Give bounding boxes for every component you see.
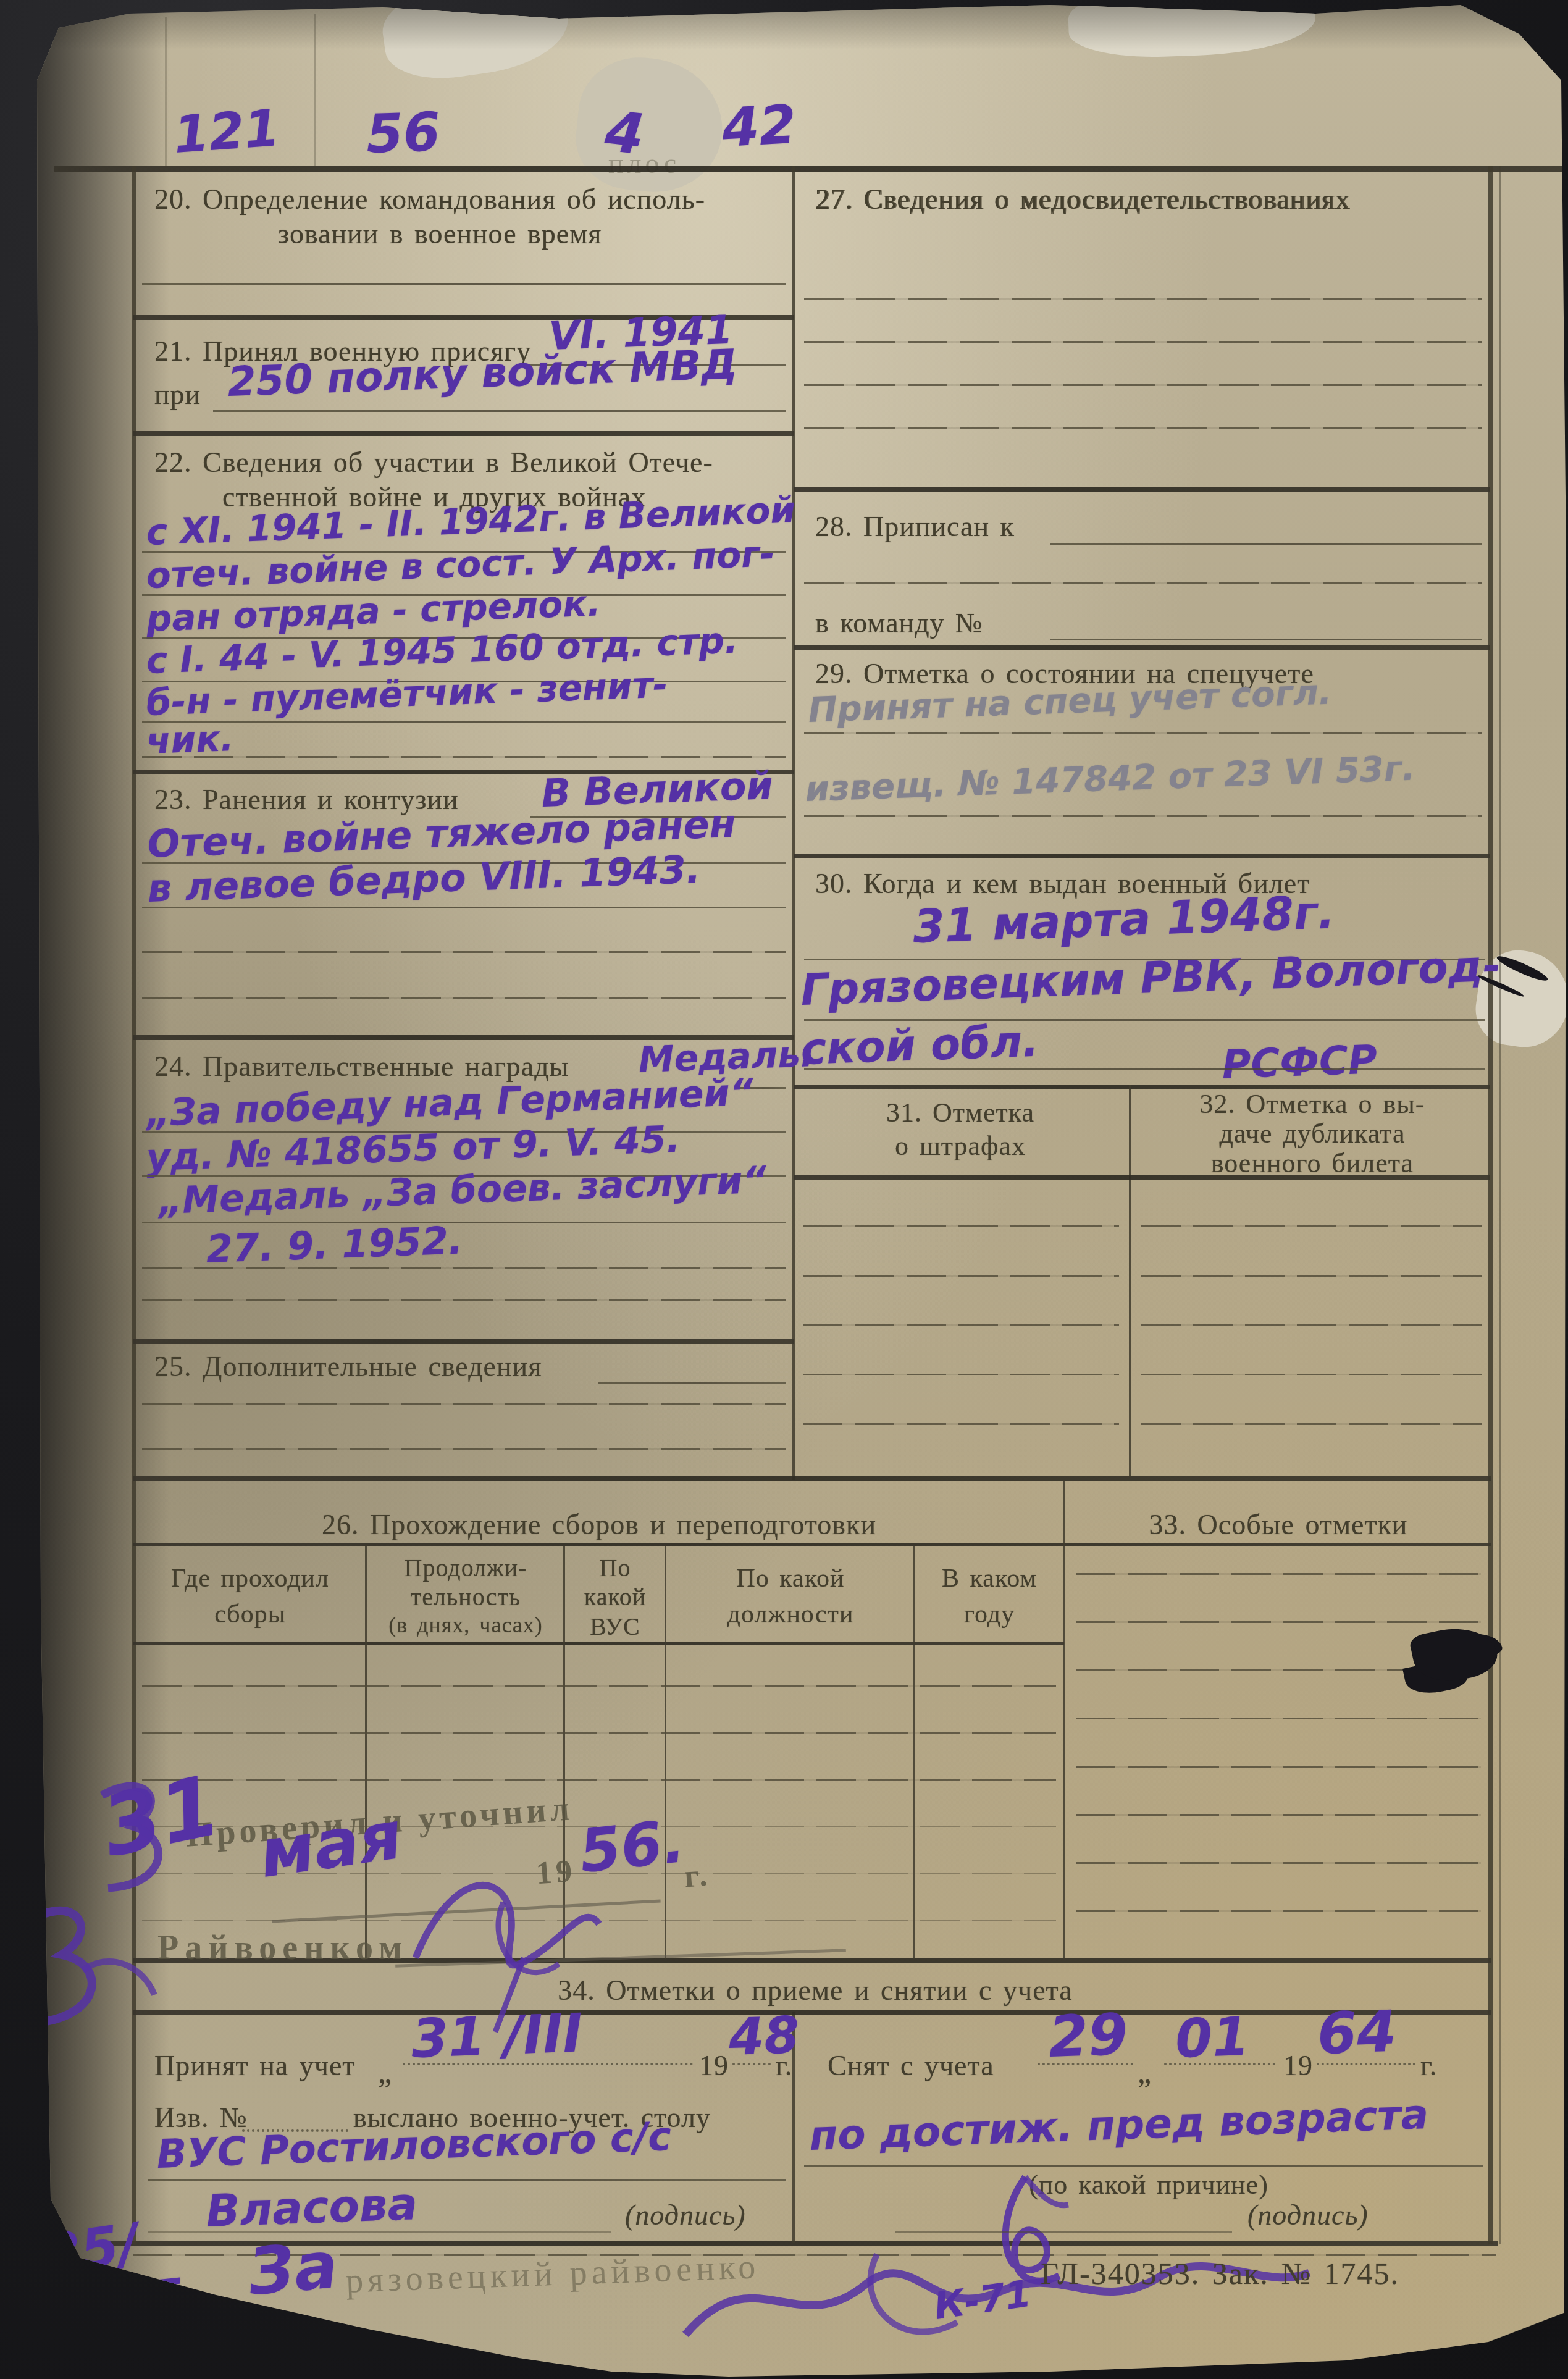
verified-stamp-year-post: г.: [683, 1857, 712, 1895]
ruled-line: [142, 721, 786, 723]
field-25-title: 25. Дополнительные сведения: [154, 1350, 542, 1383]
ruled-line: [142, 756, 786, 758]
dotted-leader: [1164, 2063, 1275, 2065]
field-26-number: 26.: [322, 1509, 359, 1540]
ruled-line: [142, 283, 786, 285]
ruled-line: [804, 341, 1482, 343]
removed-day-handwriting: 29: [1047, 2002, 1129, 2070]
table-col-header: сборы: [139, 1600, 361, 1629]
ruled-line: [148, 2179, 786, 2181]
removed-month-handwriting: 01: [1175, 2006, 1251, 2070]
field-21-number: 21.: [154, 335, 192, 367]
table-column-line: [665, 1546, 666, 1959]
ruled-line: [142, 997, 786, 999]
field-33-title: 33. Особые отметки: [1075, 1508, 1482, 1541]
signature-scribble: [667, 2217, 1322, 2372]
ruled-line: [804, 427, 1482, 429]
ruled-line: [804, 582, 1482, 584]
field-26-label: Прохождение сборов и переподготовки: [370, 1509, 876, 1540]
top-handwritten-number: 56: [366, 101, 442, 166]
table-col-header: году: [919, 1600, 1060, 1629]
field-30-handwriting: ской обл.: [800, 1016, 1039, 1075]
ruled-line: [804, 384, 1482, 386]
field-30-number: 30.: [815, 868, 853, 899]
registered-year-post: г.: [776, 2049, 792, 2082]
ruled-line: [804, 2165, 1483, 2167]
quote-mark: „: [378, 2054, 392, 2090]
field-31-label: Отметка: [933, 1097, 1034, 1128]
field-25-number: 25.: [154, 1351, 192, 1382]
form-border-right-outer: [1499, 166, 1501, 2244]
print-code-footer: ГЛ-340353. Зак. № 1745.: [1041, 2255, 1399, 2291]
field-30-handwriting: Грязовецким РВК, Вологод-: [800, 940, 1501, 1015]
table-column-line: [1063, 1480, 1065, 1959]
field-20-label-line2: зовании в военное время: [278, 217, 602, 250]
ruled-line: [1050, 543, 1482, 545]
section-divider: [794, 1175, 1490, 1180]
table-col-header: какой: [567, 1582, 663, 1611]
field-24-title: 24. Правительственные награды: [154, 1050, 569, 1083]
removed-year-pre: 19: [1283, 2049, 1313, 2082]
top-handwritten-number: 42: [721, 94, 798, 159]
dotted-leader: [1317, 2063, 1415, 2065]
scanned-military-card: 121 56 плос 4 42 20. Определение командо…: [0, 0, 1568, 2379]
notes-row-line: [1076, 1766, 1481, 1768]
ruled-line: [803, 1324, 1119, 1326]
field-20-title: 20. Определение командования об исполь-: [154, 183, 705, 216]
top-handwritten-number: 121: [172, 99, 281, 165]
notes-row-line: [1076, 1621, 1481, 1623]
field-22-number: 22.: [154, 447, 192, 478]
dotted-leader: [1038, 2063, 1133, 2065]
field-22-title: 22. Сведения об участии в Великой Отече-: [154, 446, 713, 479]
field-23-title: 23. Ранения и контузии: [154, 783, 459, 816]
field-27-title: 27. Сведения о медосвидетельствованиях: [815, 183, 1350, 216]
ruled-line: [803, 1225, 1119, 1227]
table-row-line: [142, 1732, 1056, 1734]
field-31-number: 31.: [886, 1097, 922, 1128]
field-27-label: Сведения о медосвидетельствованиях: [863, 183, 1350, 215]
section-divider: [133, 431, 794, 436]
field-34-number: 34.: [558, 1974, 595, 2006]
section-divider: [794, 854, 1490, 858]
dotted-leader: [403, 2063, 693, 2065]
table-column-line: [913, 1546, 915, 1959]
field-32-title: 32. Отметка о вы-: [1139, 1088, 1485, 1120]
notes-row-line: [1076, 1862, 1481, 1864]
field-28-label: Приписан к: [863, 511, 1015, 542]
ruled-line: [1141, 1275, 1482, 1277]
field-28-title: 28. Приписан к: [815, 510, 1015, 543]
field-34-title: 34. Отметки о приеме и снятии с учета: [432, 1974, 1198, 2007]
ruled-line: [142, 1403, 786, 1405]
field-31-title: 31. Отметка: [803, 1097, 1118, 1128]
table-col-header: Где проходил: [139, 1564, 361, 1593]
field-20-number: 20.: [154, 183, 192, 215]
verified-stamp-line2: Райвоенком: [157, 1928, 408, 1968]
removal-reason-handwriting: по достиж. пред возраста: [808, 2091, 1429, 2160]
ruled-line: [213, 410, 786, 412]
ruled-line: [1141, 1374, 1482, 1375]
field-24-number: 24.: [154, 1051, 192, 1082]
margin-scribble: [86, 1774, 179, 1897]
ruled-line: [803, 1275, 1119, 1277]
registered-day-handwriting: 31 /III: [411, 2002, 584, 2070]
clerk-name-handwriting: Власова: [205, 2178, 418, 2237]
notes-row-line: [1076, 1910, 1481, 1912]
ruled-line: [804, 732, 1482, 734]
form-border-top: [54, 166, 1564, 172]
field-24-handwriting: 27. 9. 1952.: [205, 1218, 463, 1272]
table-col-header: По какой: [670, 1564, 911, 1593]
ruled-line: [142, 1222, 786, 1223]
field-29-number: 29.: [815, 658, 853, 689]
removed-year-handwriting: 64: [1316, 1999, 1398, 2067]
column-divider: [792, 166, 795, 1480]
quote-mark: „: [1138, 2054, 1152, 2090]
field-32-number: 32.: [1200, 1089, 1236, 1119]
field-28-label2: в команду №: [815, 606, 983, 639]
field-20-label: Определение командования об исполь-: [203, 183, 705, 215]
top-edge-shadow: [0, 0, 1568, 49]
paper-sheet: 121 56 плос 4 42 20. Определение командо…: [0, 0, 1568, 2379]
bottom-date-handwriting: II.55.: [67, 2267, 204, 2333]
field-32-label: Отметка о вы-: [1246, 1089, 1425, 1119]
field-22-label: Сведения об участии в Великой Отече-: [203, 447, 713, 478]
ruled-line: [804, 298, 1482, 300]
ink-blot: [1409, 1620, 1501, 1689]
ruled-line: [142, 907, 786, 908]
ruled-line: [803, 1374, 1119, 1375]
table-header-bottom-rule: [133, 1642, 1064, 1645]
field-28-number: 28.: [815, 511, 853, 542]
notes-row-line: [1076, 1718, 1481, 1719]
table-row-line: [142, 1779, 1056, 1781]
ruled-line: [1141, 1423, 1482, 1425]
bottom-za-handwriting: За: [245, 2227, 340, 2310]
margin-scribble: [9, 1896, 164, 2032]
removed-label: Снят с учета: [828, 2049, 994, 2082]
field-31-label-line2: о штрафах: [803, 1130, 1118, 1162]
table-col-header: тельность: [371, 1582, 561, 1611]
faint-guide-line: [314, 14, 316, 166]
removed-year-post: г.: [1420, 2049, 1437, 2082]
field-33-label: Особые отметки: [1197, 1509, 1408, 1540]
ruled-line: [804, 1068, 1485, 1070]
table-col-header: ВУС: [567, 1612, 663, 1641]
table-header-rule: [133, 1543, 1491, 1546]
table-col-header: (в днях, часах): [371, 1612, 561, 1638]
ruled-line: [142, 951, 786, 953]
dotted-leader: [732, 2063, 771, 2065]
notes-row-line: [1076, 1814, 1481, 1816]
table-row-line: [142, 1685, 1056, 1687]
ruled-line: [1141, 1225, 1482, 1227]
field-23-number: 23.: [154, 784, 192, 815]
table-col-header: должности: [670, 1600, 911, 1629]
field-27-number: 27.: [815, 183, 853, 215]
section-divider: [794, 487, 1490, 492]
ruled-line: [142, 1448, 786, 1450]
ruled-line: [803, 1423, 1119, 1425]
penalty-duplicate-divider: [1129, 1085, 1131, 1477]
table-col-header: Продолжи-: [371, 1553, 561, 1582]
ruled-line: [142, 1267, 786, 1269]
ruled-line: [142, 1299, 786, 1301]
table-col-header: По: [567, 1553, 663, 1582]
section-divider: [133, 2010, 1491, 2015]
top-handwritten-number: 4: [602, 99, 647, 168]
field-21-pre-label: при: [154, 378, 201, 411]
ruled-line: [1050, 639, 1482, 640]
ruled-line: [148, 2231, 611, 2233]
form-border-right: [1488, 166, 1493, 2244]
field-25-label: Дополнительные сведения: [203, 1351, 542, 1382]
faint-guide-line: [165, 17, 167, 166]
field-32-label-line2: даче дубликата: [1139, 1118, 1485, 1149]
field-26-title: 26. Прохождение сборов и переподготовки: [185, 1508, 1013, 1541]
ruled-line: [598, 1382, 786, 1384]
registered-label: Принят на учет: [154, 2049, 355, 2082]
section-divider: [133, 1339, 794, 1344]
field-29-handwriting-pencil: извещ. № 147842 от 23 VI 53г.: [805, 749, 1416, 810]
ruled-line: [804, 815, 1482, 817]
field-34-label: Отметки о приеме и снятии с учета: [606, 1974, 1072, 2006]
field-30-handwriting: РСФСР: [1221, 1037, 1378, 1088]
field-23-label: Ранения и контузии: [203, 784, 459, 815]
notes-row-line: [1076, 1573, 1481, 1575]
registered-year-pre: 19: [699, 2049, 729, 2082]
table-column-line: [365, 1546, 367, 1959]
table-col-header: В каком: [919, 1564, 1060, 1593]
section-divider: [133, 1476, 1491, 1481]
ruled-line: [1141, 1324, 1482, 1326]
bottom-date-handwriting: 25/: [40, 2210, 143, 2287]
field-33-number: 33.: [1149, 1509, 1187, 1540]
field-24-label: Правительственные награды: [203, 1051, 569, 1082]
section-divider: [794, 645, 1490, 650]
